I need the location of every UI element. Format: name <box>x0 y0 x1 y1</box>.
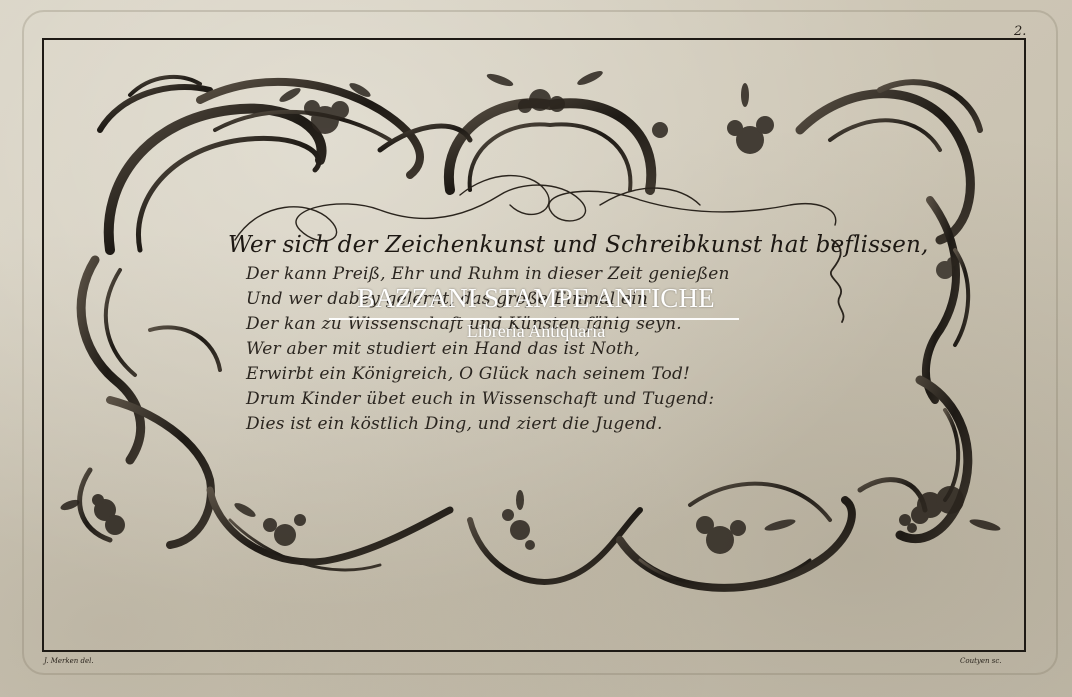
scroll-bottom <box>210 484 852 588</box>
watermark-rule <box>329 318 739 320</box>
designer-signature: J. Merken del. <box>44 657 94 665</box>
poem-line: Drum Kinder übet euch in Wissenschaft un… <box>228 387 828 412</box>
fruit-cluster-bottom-right <box>899 486 1001 533</box>
flower-top-right <box>652 83 774 154</box>
poem-line: Und wer dabey gelernt, das große Einmal … <box>228 287 828 312</box>
poem-line: Wer aber mit studiert ein Hand das ist N… <box>228 337 828 362</box>
poem-line: Dies ist ein köstlich Ding, und ziert di… <box>228 412 828 437</box>
flower-bottom-center <box>502 490 535 550</box>
flower-bottom-right <box>696 516 796 554</box>
poem-line: Wer sich der Zeichenkunst und Schreibkun… <box>228 228 828 262</box>
scroll-top-left <box>100 77 420 250</box>
poem-line: Der kann Preiß, Ehr und Ruhm in dieser Z… <box>228 262 828 287</box>
engraver-signature: Coutyen sc. <box>960 657 1001 665</box>
calligraphy-poem: Wer sich der Zeichenkunst und Schreibkun… <box>228 228 828 437</box>
poem-line: Der kan zu Wissenschaft und Künsten fähi… <box>228 312 828 337</box>
poem-line: Erwirbt ein Königreich, O Glück nach sei… <box>228 362 828 387</box>
